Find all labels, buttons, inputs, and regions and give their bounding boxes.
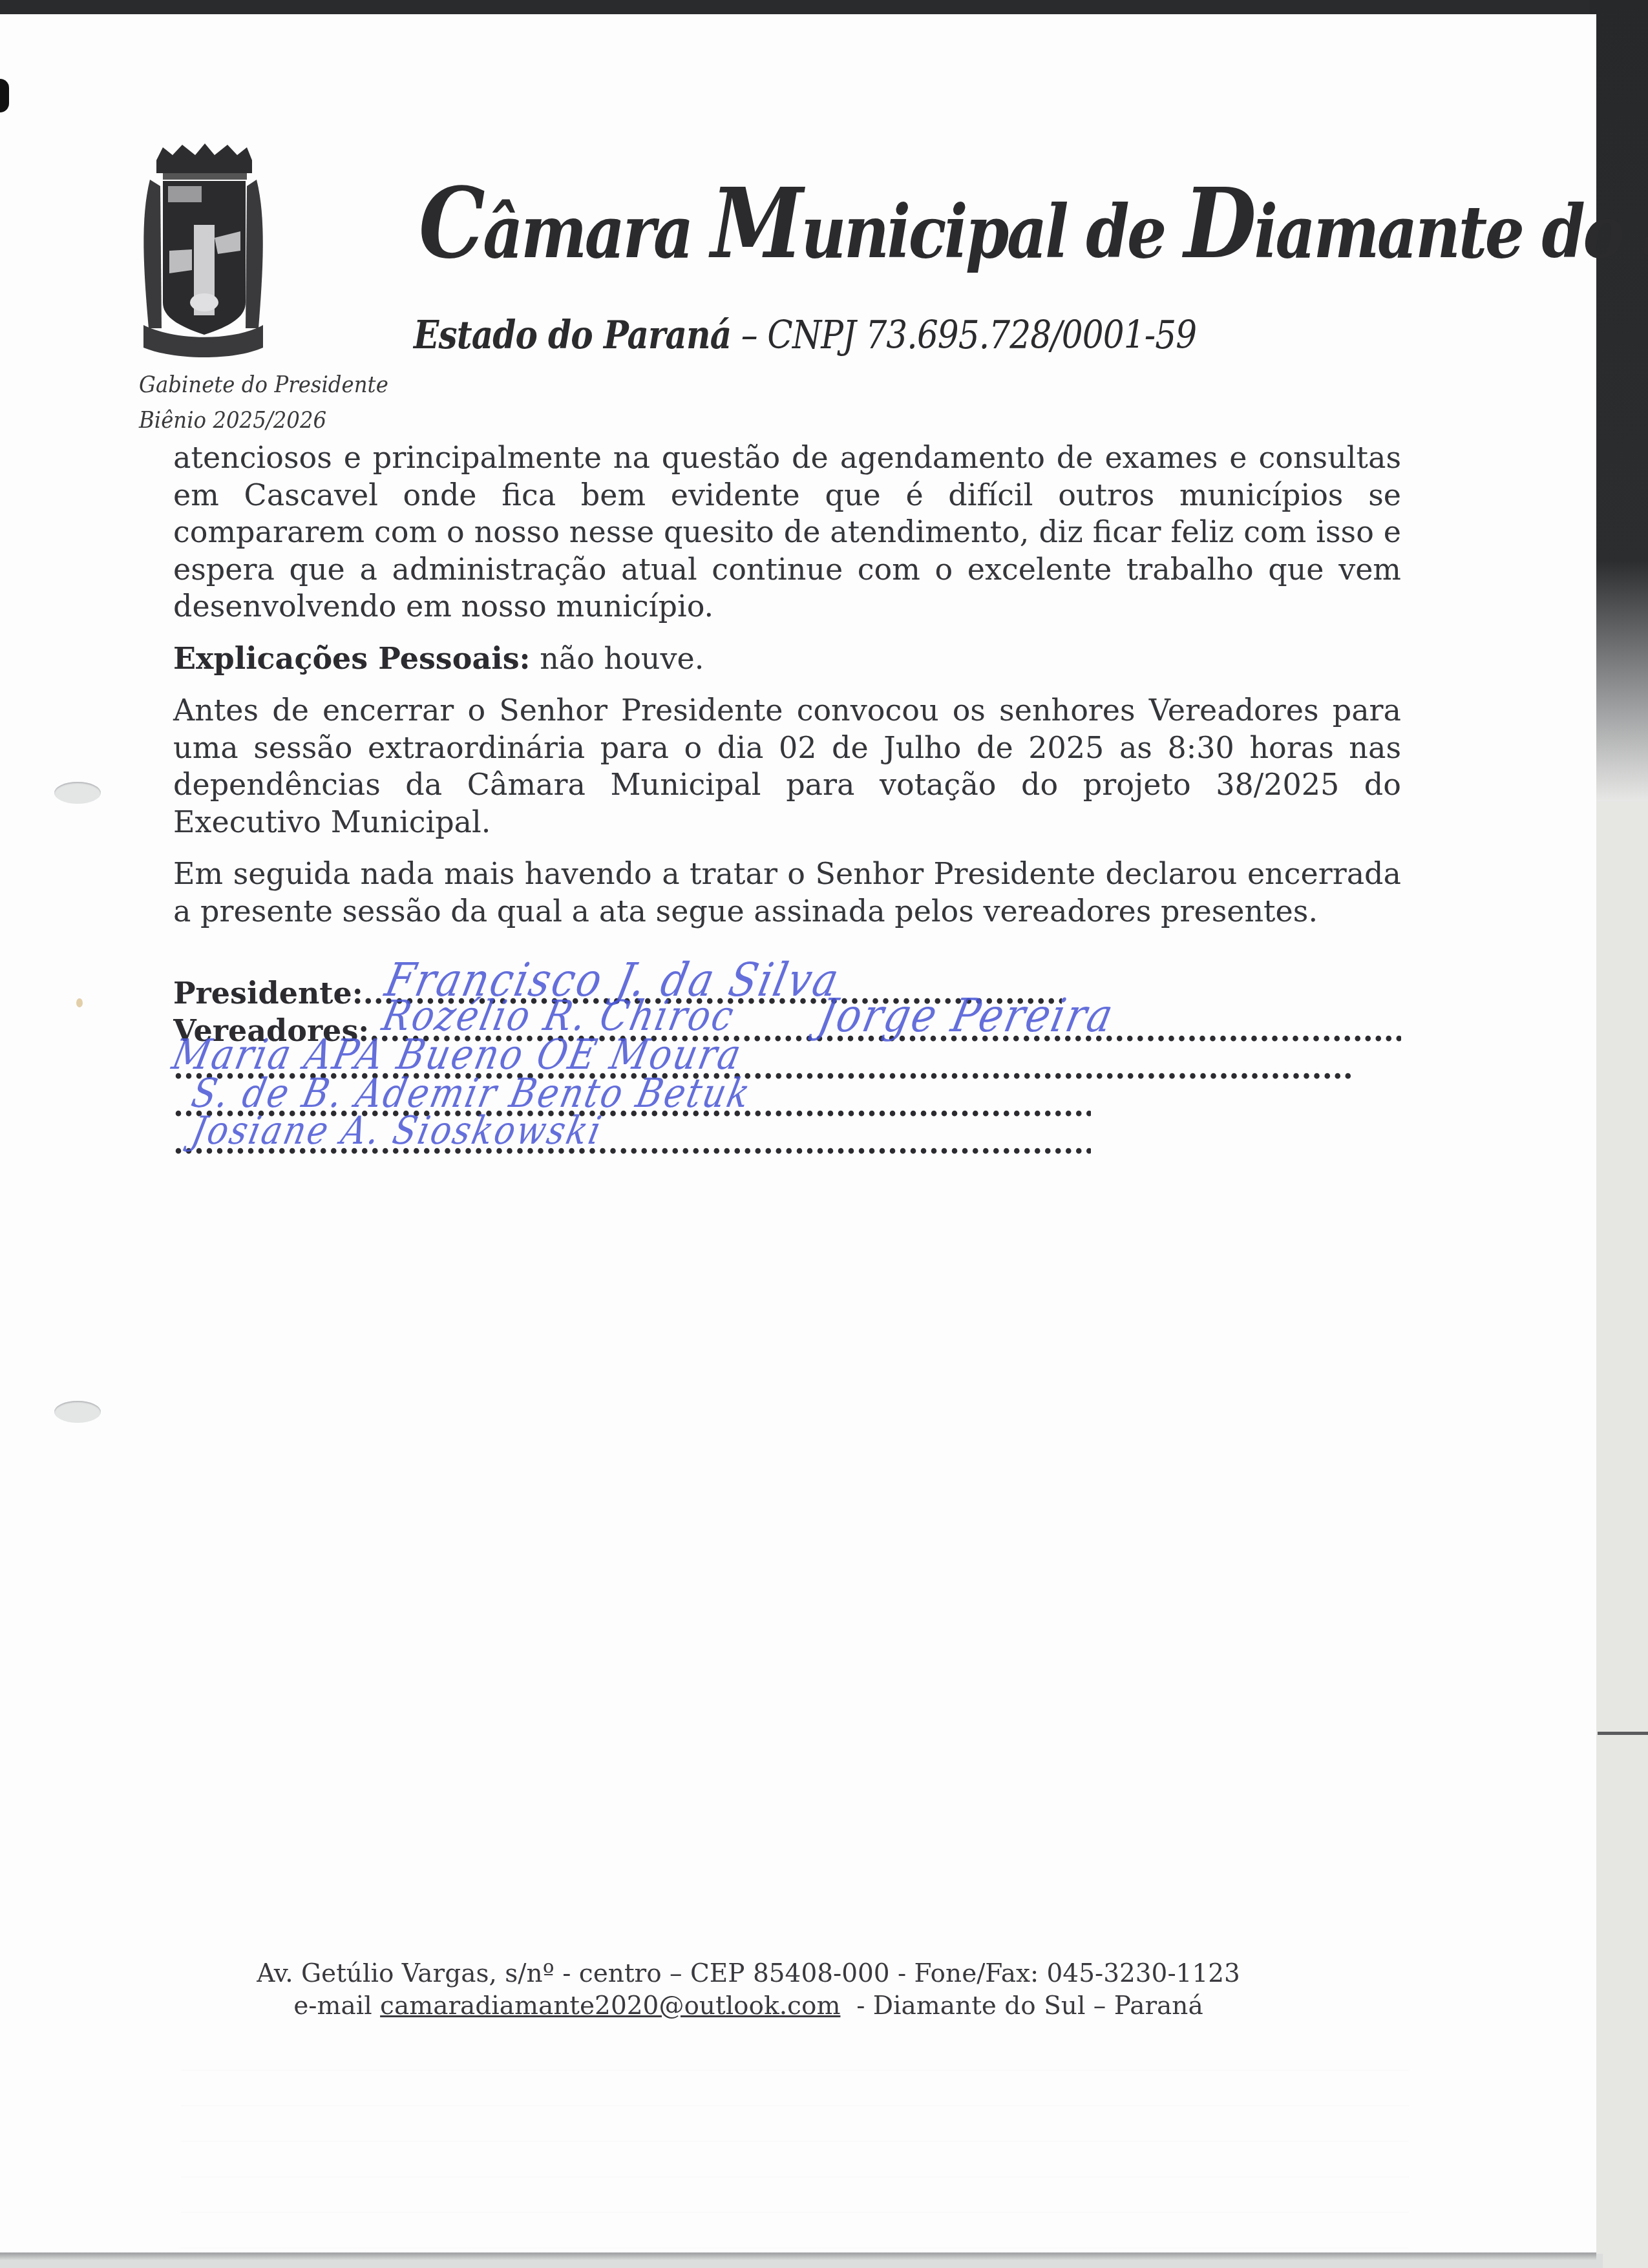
cnpj: – CNPJ 73.695.728/0001-59 [741,313,1196,358]
footer-email-link[interactable]: camaradiamante2020@outlook.com [380,1991,840,2021]
scanner-background-top [0,0,1648,14]
personal-explanations-label: Explicações Pessoais: [173,641,531,676]
show-through-text [181,2042,1409,2249]
paragraph-personal-explanations: Explicações Pessoais: não houve. [173,640,1401,678]
scan-clip-mark [0,79,9,112]
scanner-edge-line [1598,1732,1648,1735]
footer-location: - Diamante do Sul – Paraná [840,1991,1203,2021]
institution-title: Câmara Municipal de Diamante do Sul [419,167,1648,280]
scanner-background-right-lower [1590,801,1648,2268]
handwritten-signature: Jorge Pereira [814,989,1119,1043]
punch-hole [54,782,101,804]
paragraph-extraordinary-session: Antes de encerrar o Senhor Presidente co… [173,692,1401,841]
paper-speck [76,998,83,1007]
paragraph-attendance: atenciosos e principalmente na questão d… [173,439,1401,625]
biennium: Biênio 2025/2026 [139,403,388,438]
president-label: Presidente: [173,976,363,1011]
handwritten-signature: Josiane A. Sioskowski [188,1109,607,1153]
state-cnpj-line: Estado do Paraná – CNPJ 73.695.728/0001-… [414,313,1196,358]
minutes-body: atenciosos e principalmente na questão d… [173,439,1401,945]
personal-explanations-value: não houve. [531,641,704,676]
municipal-coat-of-arms-icon [137,141,269,364]
cabinet-name: Gabinete do Presidente [139,367,388,403]
cabinet-info: Gabinete do Presidente Biênio 2025/2026 [139,367,388,438]
footer-address: Av. Getúlio Vargas, s/nº - centro – CEP … [238,1958,1259,1990]
punch-hole [54,1401,101,1423]
footer-contact: e-mail camaradiamante2020@outlook.com - … [238,1990,1259,2022]
letterhead-footer: Av. Getúlio Vargas, s/nº - centro – CEP … [238,1958,1259,2022]
state-name: Estado do Paraná [414,313,731,358]
scanner-background-right [1590,0,1648,801]
paragraph-closing: Em seguida nada mais havendo a tratar o … [173,856,1401,930]
